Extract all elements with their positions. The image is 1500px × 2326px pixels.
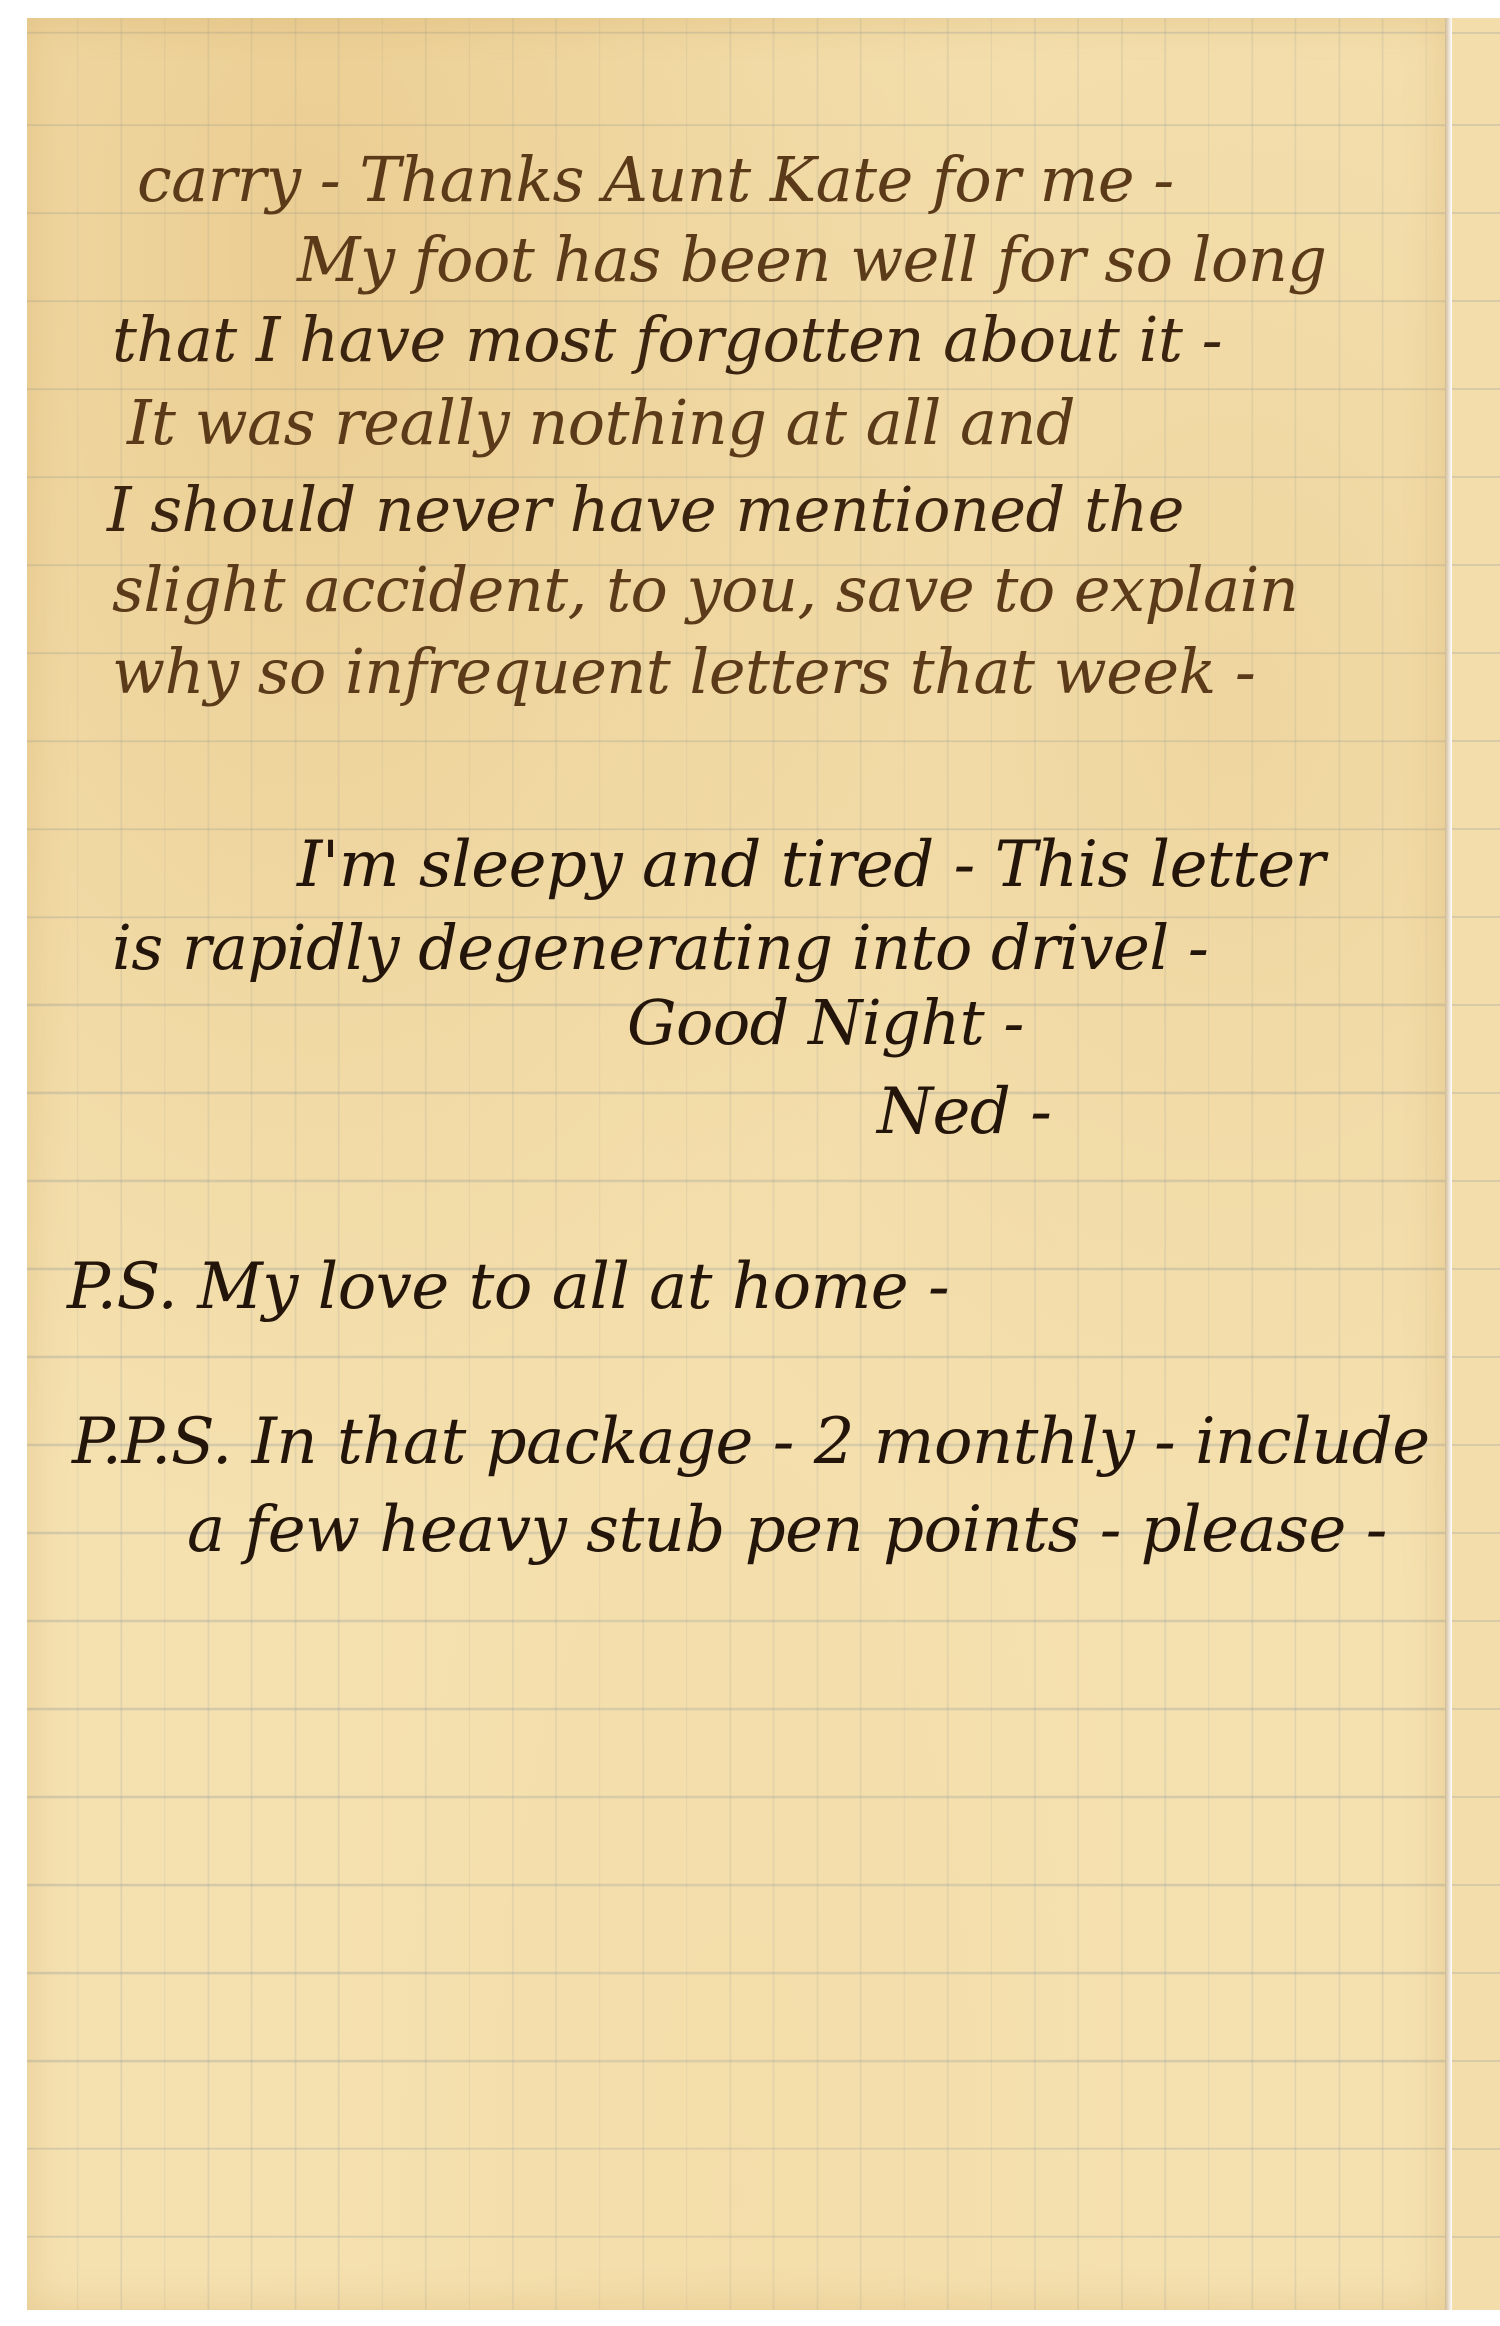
adjacent-page-edge xyxy=(1452,18,1500,2310)
letter-line: slight accident, to you, save to explain xyxy=(112,553,1298,626)
postscript-line: a few heavy stub pen points - please - xyxy=(187,1493,1387,1567)
letter-line: is rapidly degenerating into drivel - xyxy=(112,911,1208,984)
page-fold xyxy=(1445,18,1452,2310)
letter-line: that I have most forgotten about it - xyxy=(112,303,1222,376)
postscript-line: P.P.S. In that package - 2 monthly - inc… xyxy=(72,1405,1430,1479)
letter-line: why so infrequent letters that week - xyxy=(112,635,1255,708)
letter-signature: Ned - xyxy=(877,1075,1051,1149)
letter-page: carry - Thanks Aunt Kate for me - My foo… xyxy=(27,18,1445,2310)
letter-line: I should never have mentioned the xyxy=(107,473,1184,546)
letter-line: carry - Thanks Aunt Kate for me - xyxy=(137,143,1174,216)
letter-line: My foot has been well for so long xyxy=(297,223,1326,296)
postscript-line: P.S. My love to all at home - xyxy=(67,1250,949,1324)
letter-line: I'm sleepy and tired - This letter xyxy=(297,828,1325,902)
letter-line: It was really nothing at all and xyxy=(127,386,1075,459)
letter-closing: Good Night - xyxy=(627,986,1024,1059)
